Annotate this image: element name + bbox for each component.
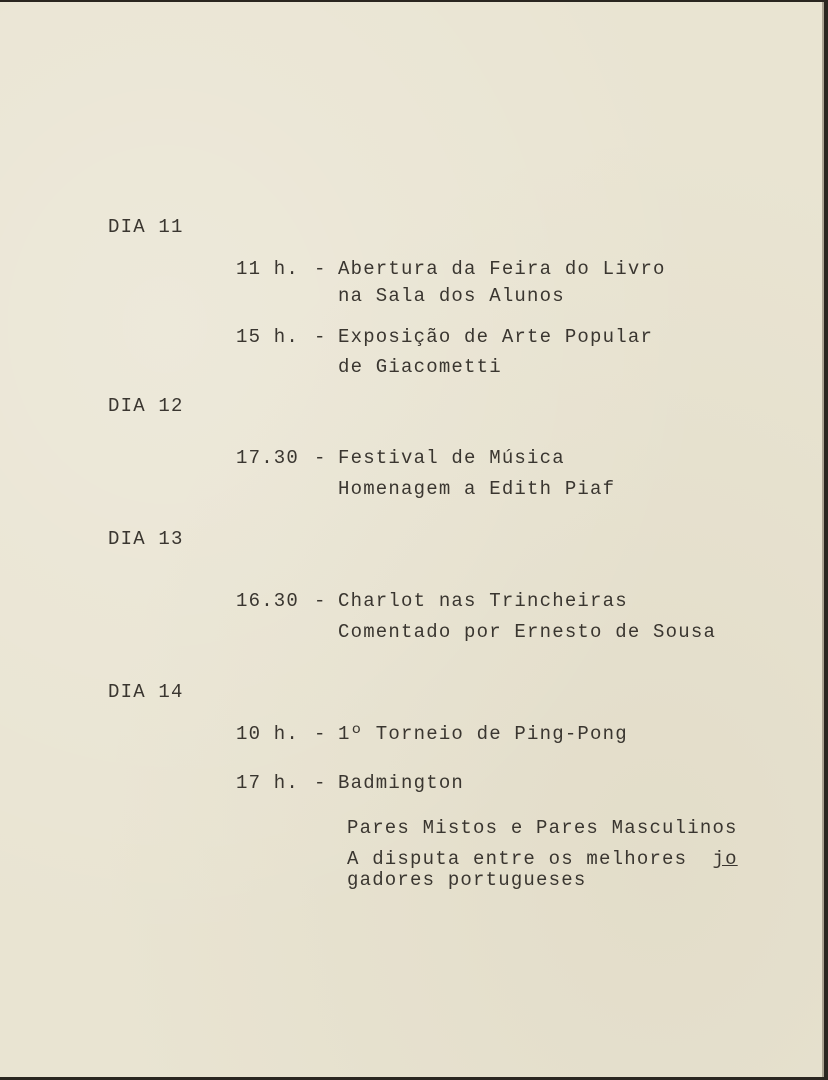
event-time: 11 h. xyxy=(236,258,299,280)
day-heading: DIA 14 xyxy=(108,681,184,703)
event-detail: de Giacometti xyxy=(338,356,502,378)
event-title: Badmington xyxy=(338,772,464,794)
event-detail: na Sala dos Alunos xyxy=(338,285,565,307)
event-detail: Comentado por Ernesto de Sousa xyxy=(338,621,716,643)
event-title: Exposição de Arte Popular xyxy=(338,326,653,348)
event-title: Abertura da Feira do Livro xyxy=(338,258,666,280)
note-text: A disputa entre os melhores xyxy=(347,848,712,870)
event-time: 17.30 xyxy=(236,447,299,469)
event-dash: - xyxy=(314,590,327,612)
event-title: Charlot nas Trincheiras xyxy=(338,590,628,612)
event-time: 15 h. xyxy=(236,326,299,348)
event-note: Pares Mistos e Pares Masculinos xyxy=(347,817,738,839)
event-time: 17 h. xyxy=(236,772,299,794)
event-title: Festival de Música xyxy=(338,447,565,469)
event-note: A disputa entre os melhores jo xyxy=(347,848,738,870)
event-dash: - xyxy=(314,723,327,745)
event-dash: - xyxy=(314,258,327,280)
event-time: 10 h. xyxy=(236,723,299,745)
event-note: gadores portugueses xyxy=(347,869,586,891)
event-detail: Homenagem a Edith Piaf xyxy=(338,478,615,500)
event-dash: - xyxy=(314,326,327,348)
event-dash: - xyxy=(314,772,327,794)
event-time: 16.30 xyxy=(236,590,299,612)
typewritten-page: DIA 11 11 h. - Abertura da Feira do Livr… xyxy=(0,2,824,1077)
hyphenated-fragment: jo xyxy=(712,848,737,870)
day-heading: DIA 12 xyxy=(108,395,184,417)
event-title: 1º Torneio de Ping-Pong xyxy=(338,723,628,745)
day-heading: DIA 13 xyxy=(108,528,184,550)
day-heading: DIA 11 xyxy=(108,216,184,238)
event-dash: - xyxy=(314,447,327,469)
